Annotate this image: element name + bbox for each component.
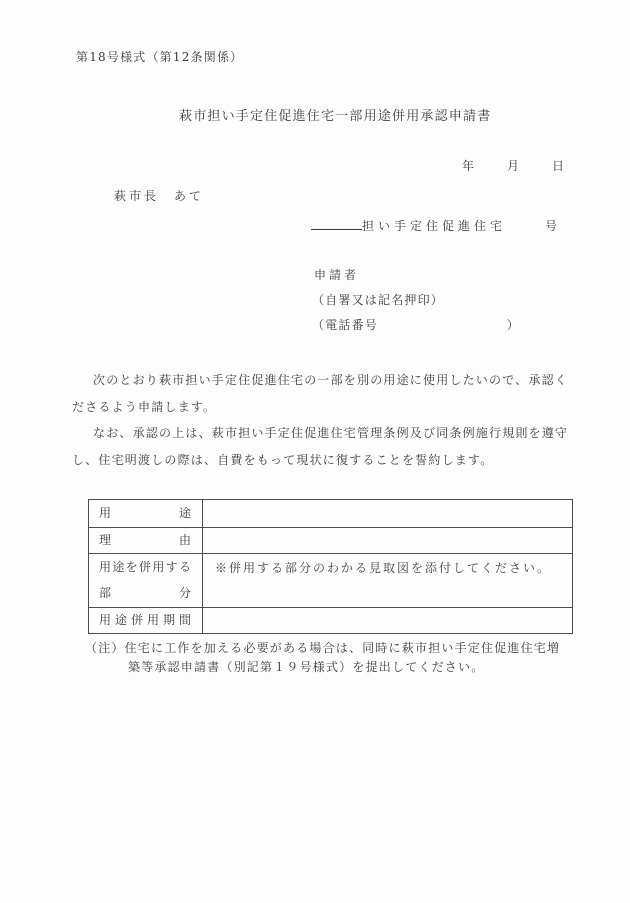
date-line: 年 月 日: [462, 159, 567, 173]
table-label-combined-use-part: 用途を併用する 部分: [89, 553, 202, 607]
body-paragraph2-line1: なお、承認の上は、萩市担い手定住促進住宅管理条例及び同条例施行規則を遵守: [93, 426, 568, 440]
footnote-line2: 築等承認申請書（別記第１９号様式）を提出してください。: [128, 660, 484, 674]
form-number: 第18号様式（第12条関係）: [76, 50, 243, 64]
housing-name-label: 担い手定住促進住宅: [362, 219, 506, 233]
table-label-use: 用途: [89, 500, 202, 527]
table-value-reason: [202, 527, 572, 553]
applicant-label: 申請者: [314, 268, 359, 282]
phone-number-line: （電話番号 ）: [312, 318, 520, 332]
phone-label: （電話番号: [312, 318, 378, 332]
document-page: 第18号様式（第12条関係） 萩市担い手定住促進住宅一部用途併用承認申請書 年 …: [0, 0, 630, 903]
table-label-combined-use-part-line2: 部分: [99, 580, 192, 606]
addressee-line: 萩市長 あて: [114, 189, 204, 203]
body-paragraph2-line2: し、住宅明渡しの際は、自費をもって現状に復することを誓約します。: [72, 453, 493, 467]
housing-name-blank-underline: [311, 218, 362, 230]
housing-name-line: 担い手定住促進住宅 号: [311, 218, 558, 233]
housing-number-suffix: 号: [545, 219, 558, 233]
body-paragraph1-line1: 次のとおり萩市担い手定住促進住宅の一部を別の用途に使用したいので、承認く: [93, 373, 568, 387]
table-label-combined-use-part-line1: 用途を併用する: [99, 554, 192, 580]
signature-note: （自署又は記名押印）: [312, 293, 444, 307]
table-label-combined-use-period: 用途併用期間: [89, 607, 202, 633]
table-value-use: [202, 500, 572, 527]
table-value-combined-use-period: [202, 607, 572, 633]
table-label-reason: 理由: [89, 527, 202, 553]
body-paragraph1-line2: ださるよう申請します。: [72, 400, 216, 414]
application-table: 用途 理由 用途を併用する 部分 ※併用する部分のわかる見取図を添付してください…: [88, 499, 573, 634]
table-value-combined-use-part: ※併用する部分のわかる見取図を添付してください。: [202, 553, 572, 607]
document-title: 萩市担い手定住促進住宅一部用途併用承認申請書: [179, 110, 491, 124]
footnote-line1: （注）住宅に工作を加える必要がある場合は、同時に萩市担い手定住促進住宅増: [85, 641, 560, 655]
phone-close-paren: ）: [507, 318, 520, 332]
